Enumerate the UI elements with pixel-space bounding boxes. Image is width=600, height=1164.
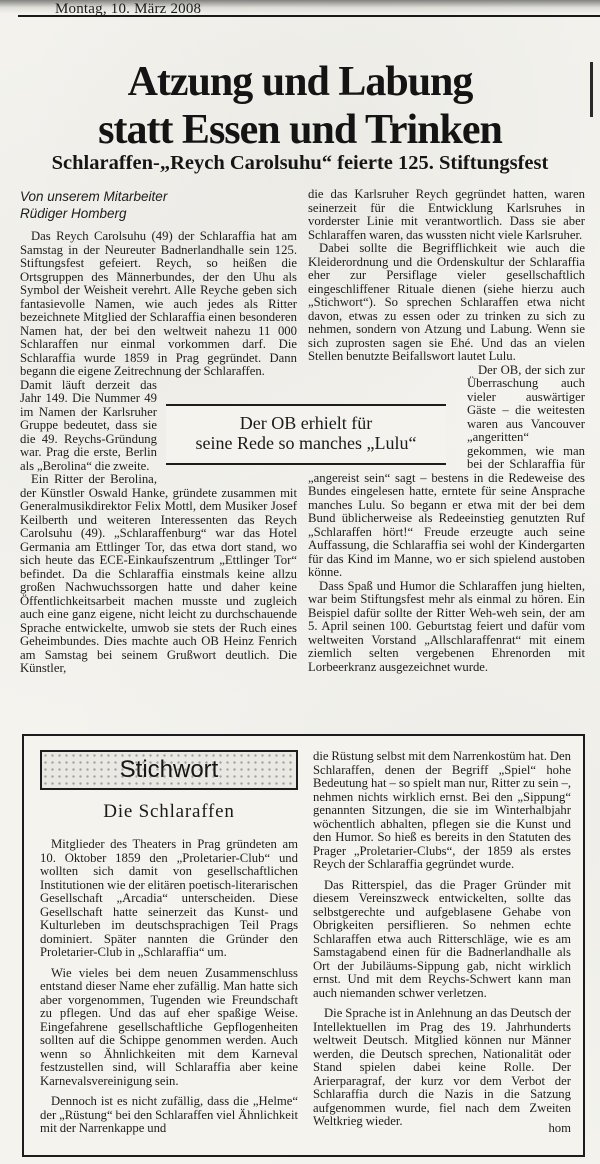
paragraph-col1-3: Ein Ritter der Berolina, der Künstler Os… (20, 473, 297, 676)
paragraph-text: Dennoch ist es nicht zufällig, dass die … (40, 1094, 298, 1135)
stichwort-column-right: die Rüstung selbst mit dem Narrenkostüm … (313, 750, 571, 1136)
paragraph-col2-4: Dass Spaß und Humor die Schlaraffen jung… (308, 580, 585, 675)
paragraph-text: Mitglieder des Theaters in Prag gründete… (40, 837, 298, 959)
date-rule (18, 15, 600, 17)
stichwort-paragraph-left-1: Mitglieder des Theaters in Prag gründete… (40, 838, 298, 960)
stichwort-title: Die Schlaraffen (40, 801, 298, 823)
stichwort-column-left: Stichwort Die Schlaraffen Mitglieder des… (40, 750, 298, 1143)
paragraph-text: Die Sprache ist in Anlehnung an das Deut… (313, 1006, 571, 1128)
pullquote: Der OB erhielt für seine Rede so manches… (166, 404, 446, 465)
paragraph-col1-1: Das Reych Carolsuhu (49) der Schlaraffia… (20, 230, 297, 379)
headline: Atzung und Labung statt Essen und Trinke… (0, 58, 600, 154)
paragraph-text: Ein Ritter der Berolina, der Künstler Os… (20, 472, 297, 675)
stichwort-paragraph-left-3: Dennoch ist es nicht zufällig, dass die … (40, 1095, 298, 1136)
paragraph-text: Das Ritterspiel, das die Prager Gründer … (313, 878, 571, 1000)
stichwort-paragraph-right-3: Die Sprache ist in Anlehnung an das Deut… (313, 1007, 571, 1129)
stichwort-paragraph-right-2: Das Ritterspiel, das die Prager Gründer … (313, 879, 571, 1001)
paragraph-text: Das Reych Carolsuhu (49) der Schlaraffia… (20, 229, 297, 378)
byline-author: Rüdiger Homberg (20, 205, 297, 222)
headline-line1: Atzung und Labung (0, 58, 600, 106)
stichwort-banner-label: Stichwort (120, 756, 219, 784)
paragraph-text: die Rüstung selbst mit dem Narrenkostüm … (313, 749, 571, 871)
pullquote-line2: seine Rede so manches „Lulu“ (166, 434, 446, 454)
paragraph-text: Dass Spaß und Humor die Schlaraffen jung… (308, 579, 585, 674)
paragraph-text: Wie vieles bei dem neuen Zusammenschluss… (40, 966, 298, 1088)
paragraph-col2-2: Dabei sollte die Begrifflichkeit wie auc… (308, 242, 585, 364)
headline-line2: statt Essen und Trinken (0, 106, 600, 154)
paragraph-text: Damit läuft derzeit das Jahr 149. Die Nu… (20, 378, 157, 473)
stichwort-paragraph-left-2: Wie vieles bei dem neuen Zusammenschluss… (40, 967, 298, 1089)
stichwort-banner: Stichwort (40, 750, 298, 790)
subhead: Schlaraffen-„Reych Carolsuhu“ feierte 12… (0, 152, 600, 175)
byline: Von unserem Mitarbeiter Rüdiger Homberg (20, 188, 297, 222)
paragraph-col2-3: Der OB, der sich zur Überraschung auch v… (308, 364, 585, 580)
paragraph-col2-1: die das Karlsruher Reych gegründet hatte… (308, 188, 585, 242)
stichwort-paragraph-right-1: die Rüstung selbst mit dem Narrenkostüm … (313, 750, 571, 872)
paragraph-text: die das Karlsruher Reych gegründet hatte… (308, 187, 585, 242)
byline-role: Von unserem Mitarbeiter (20, 188, 297, 205)
stichwort-box: Stichwort Die Schlaraffen Mitglieder des… (22, 734, 585, 1157)
pullquote-line1: Der OB erhielt für (166, 414, 446, 434)
paragraph-text: Dabei sollte die Begrifflichkeit wie auc… (308, 241, 585, 363)
